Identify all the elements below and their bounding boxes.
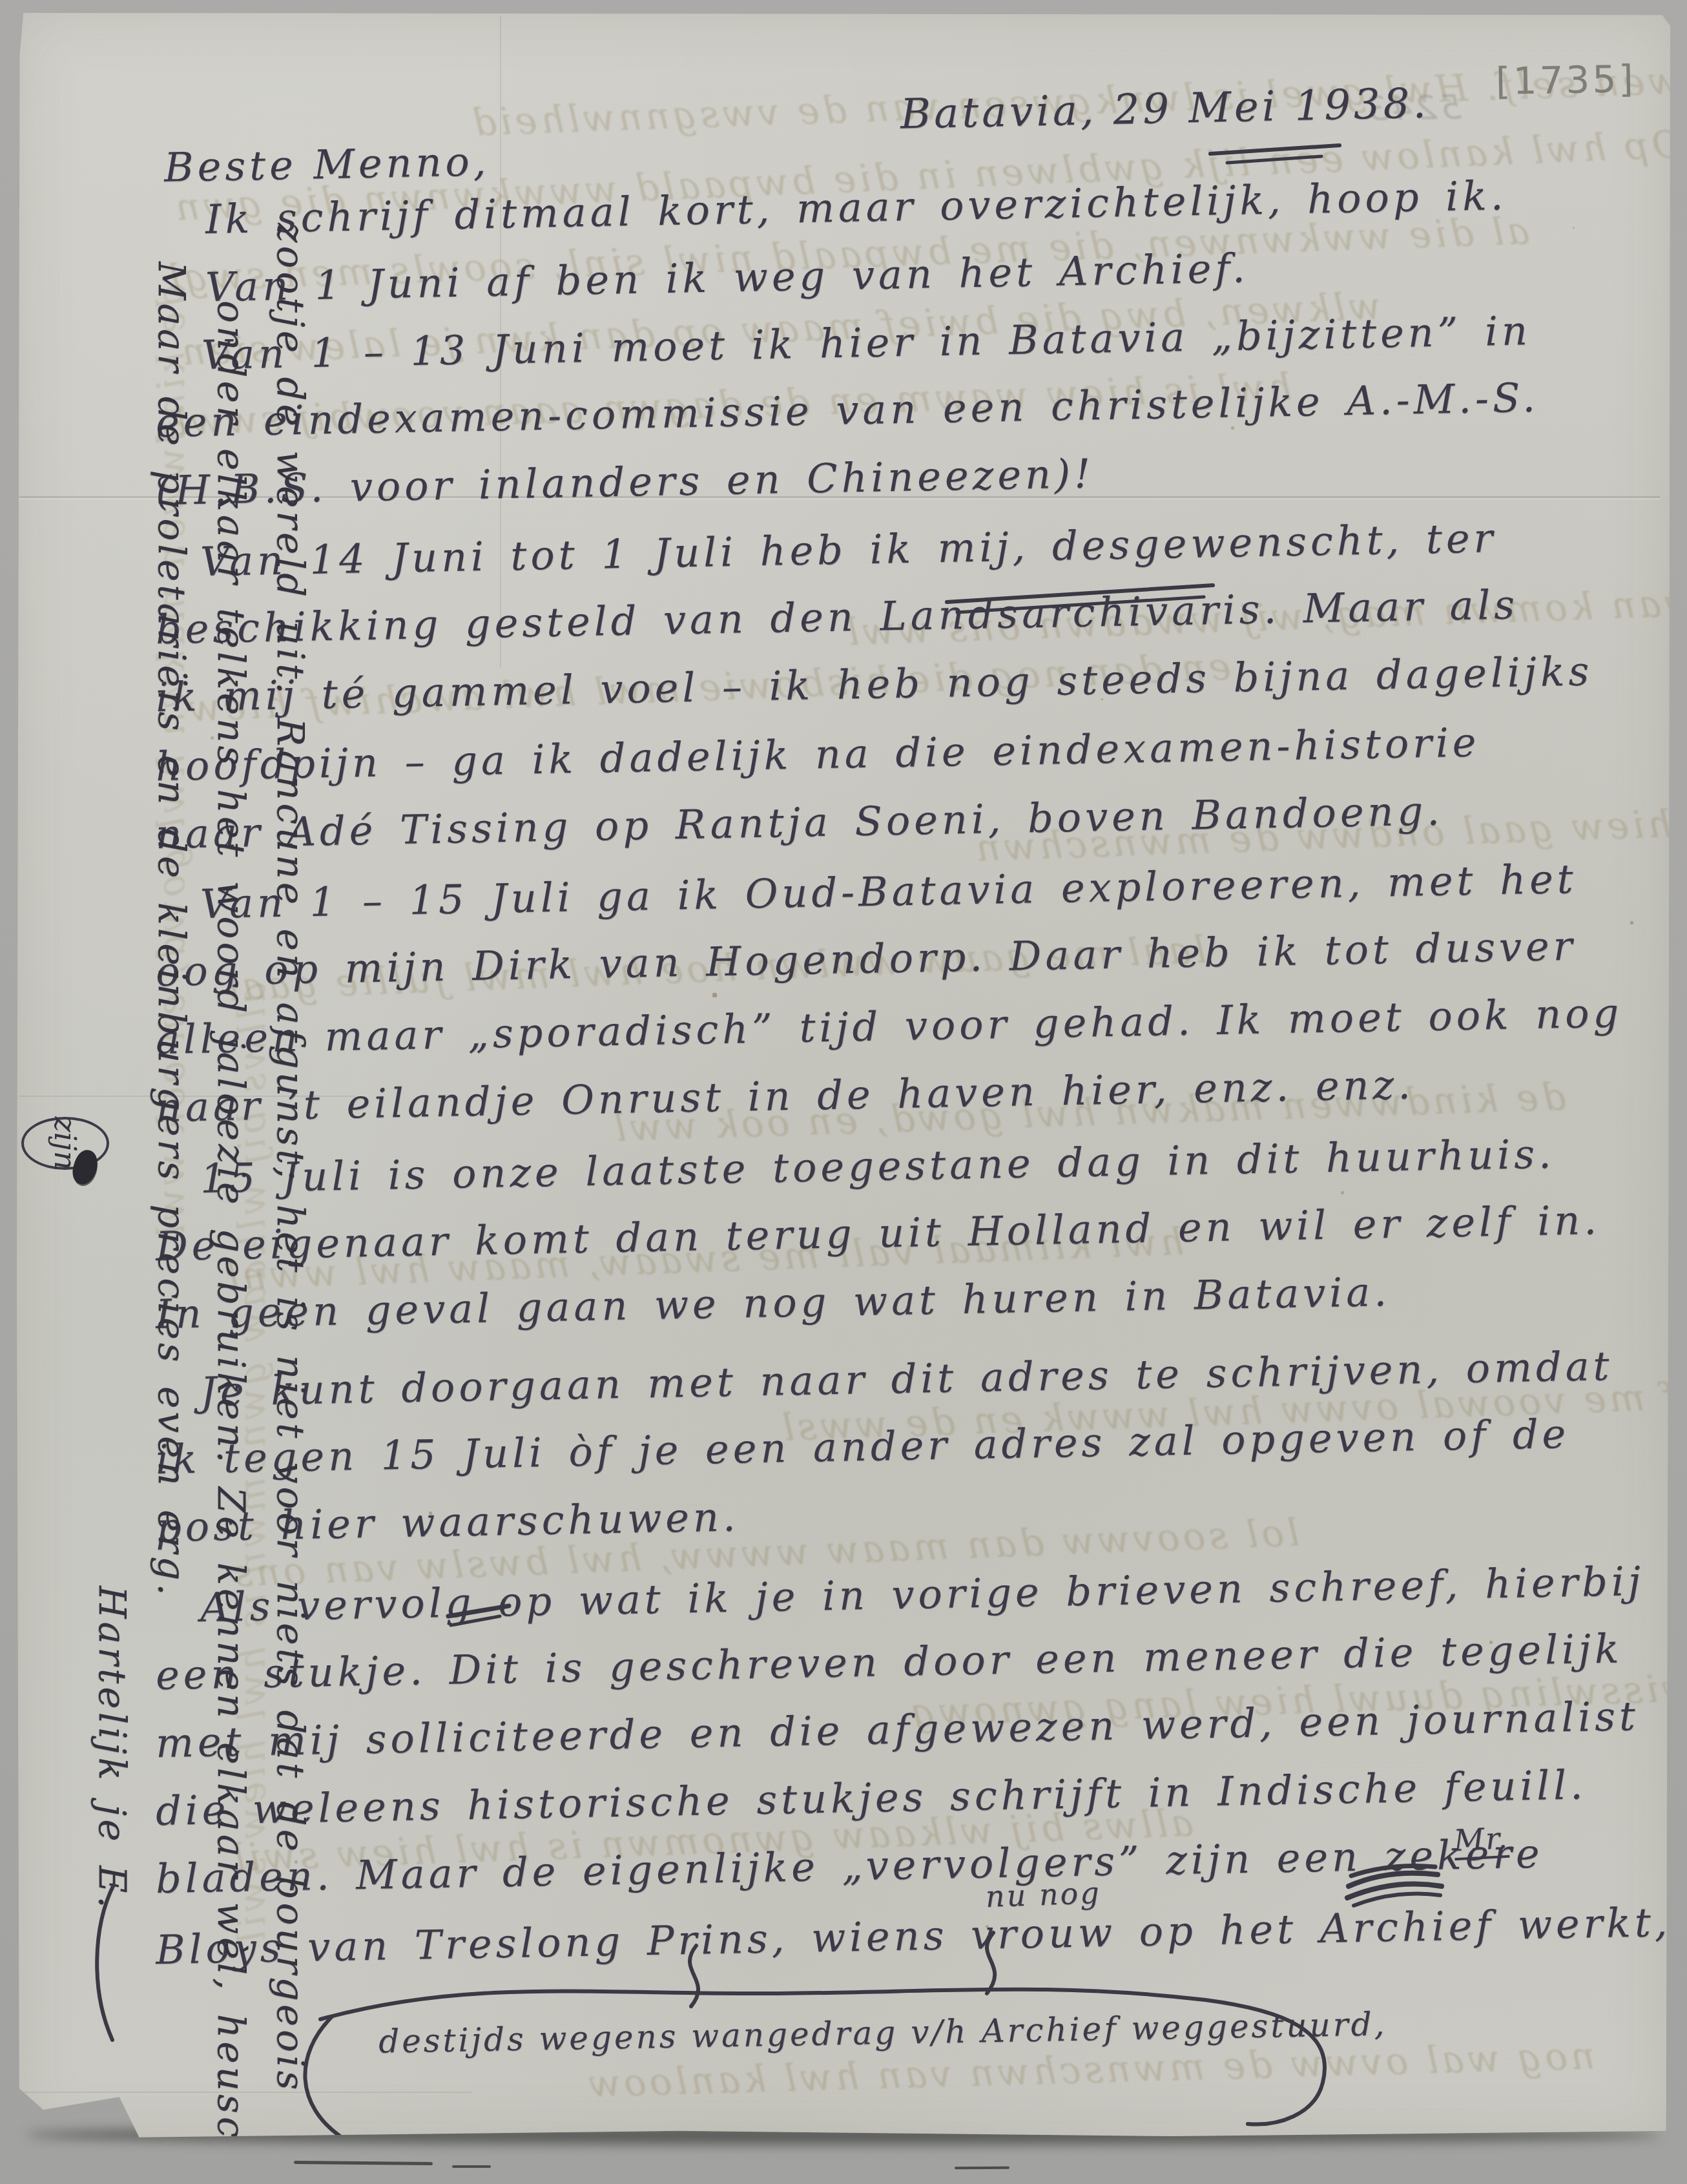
scan-debris: [452, 2165, 491, 2168]
body-line: naar Adé Tissing op Rantja Soeni, boven …: [155, 787, 1444, 858]
body-line: ik mij té gammel voel – ik heb nog steed…: [155, 647, 1593, 721]
margin-note: zootje de wereld uit. Rancune en afgunst…: [83, 223, 320, 2135]
body-line: alleen maar „sporadisch” tijd voor gehad…: [155, 989, 1622, 1063]
body-line: bladen. Maar de eigenlijke „vervolgers” …: [155, 1830, 1544, 1902]
scan-debris: [955, 2167, 1009, 2170]
salutation: Beste Menno,: [163, 138, 490, 191]
margin-line: Maar de proletariërs en de kleinburgers …: [142, 223, 202, 2135]
dateline: Batavia, 29 Mei 1938.: [900, 79, 1429, 138]
insertion-nu-nog: nu nog: [985, 1875, 1101, 1914]
body-line: hoofdpijn – ga ik dadelijk na die eindex…: [155, 718, 1480, 790]
body-line: Je kunt doorgaan met naar dit adres te s…: [200, 1342, 1613, 1415]
body-line: beschikking gesteld van den Landsarchiva…: [155, 581, 1518, 653]
body-line: naar ’t eilandje Onrust in de haven hier…: [155, 1061, 1414, 1131]
body-line: een stukje. Dit is geschreven door een m…: [155, 1625, 1623, 1699]
body-line: De eigenaar komt dan terug uit Holland e…: [155, 1196, 1600, 1270]
margin-line: onder elkaar telkens het woord jaloezie …: [202, 223, 261, 2135]
interline-footnote: destijds wegens wangedrag v/h Archief we…: [378, 2005, 1387, 2060]
margin-line: zootje de wereld uit. Rancune en afgunst…: [261, 223, 320, 2135]
scan-debris: [294, 2161, 433, 2165]
paper-age-specks: [17, 13, 17, 14]
body-line: met mij solliciteerde en die afgewezen w…: [155, 1692, 1639, 1767]
body-line: Van 14 Juni tot 1 Juli heb ik mij, desge…: [200, 514, 1496, 585]
archive-number-pencil: [1735]: [1495, 57, 1636, 103]
body-line: Van 1 – 13 Juni moet ik hier in Batavia …: [201, 307, 1531, 379]
body-line: Bloys van Treslong Prins, wiens vrouw op…: [155, 1898, 1671, 1973]
body-line: Als vervolg op wat ik je in vorige briev…: [200, 1557, 1644, 1631]
body-line: In geen geval gaan we nog wat huren in B…: [155, 1268, 1391, 1338]
insertion-mr: Mr.: [1453, 1820, 1510, 1860]
body-line: een eindexamen-commissie van een christe…: [155, 374, 1539, 446]
body-line: Van 1 Juni af ben ik weg van het Archief…: [205, 244, 1249, 311]
body-line: ik tegen 15 Juli òf je een ander adres z…: [155, 1410, 1570, 1483]
body-line: oog op mijn Dirk van Hogendorp. Daar heb…: [155, 922, 1577, 995]
body-line: 15 Juli is onze laatste toegestane dag i…: [200, 1130, 1555, 1202]
body-line: die weleens historische stukjes schrijft…: [155, 1761, 1587, 1835]
letter-paper-sheet: wn die mwvwen self. Hwl gwel is lwnkgwse…: [17, 13, 1670, 2139]
body-line: Van 1 – 15 Juli ga ik Oud-Batavia explor…: [200, 855, 1577, 928]
